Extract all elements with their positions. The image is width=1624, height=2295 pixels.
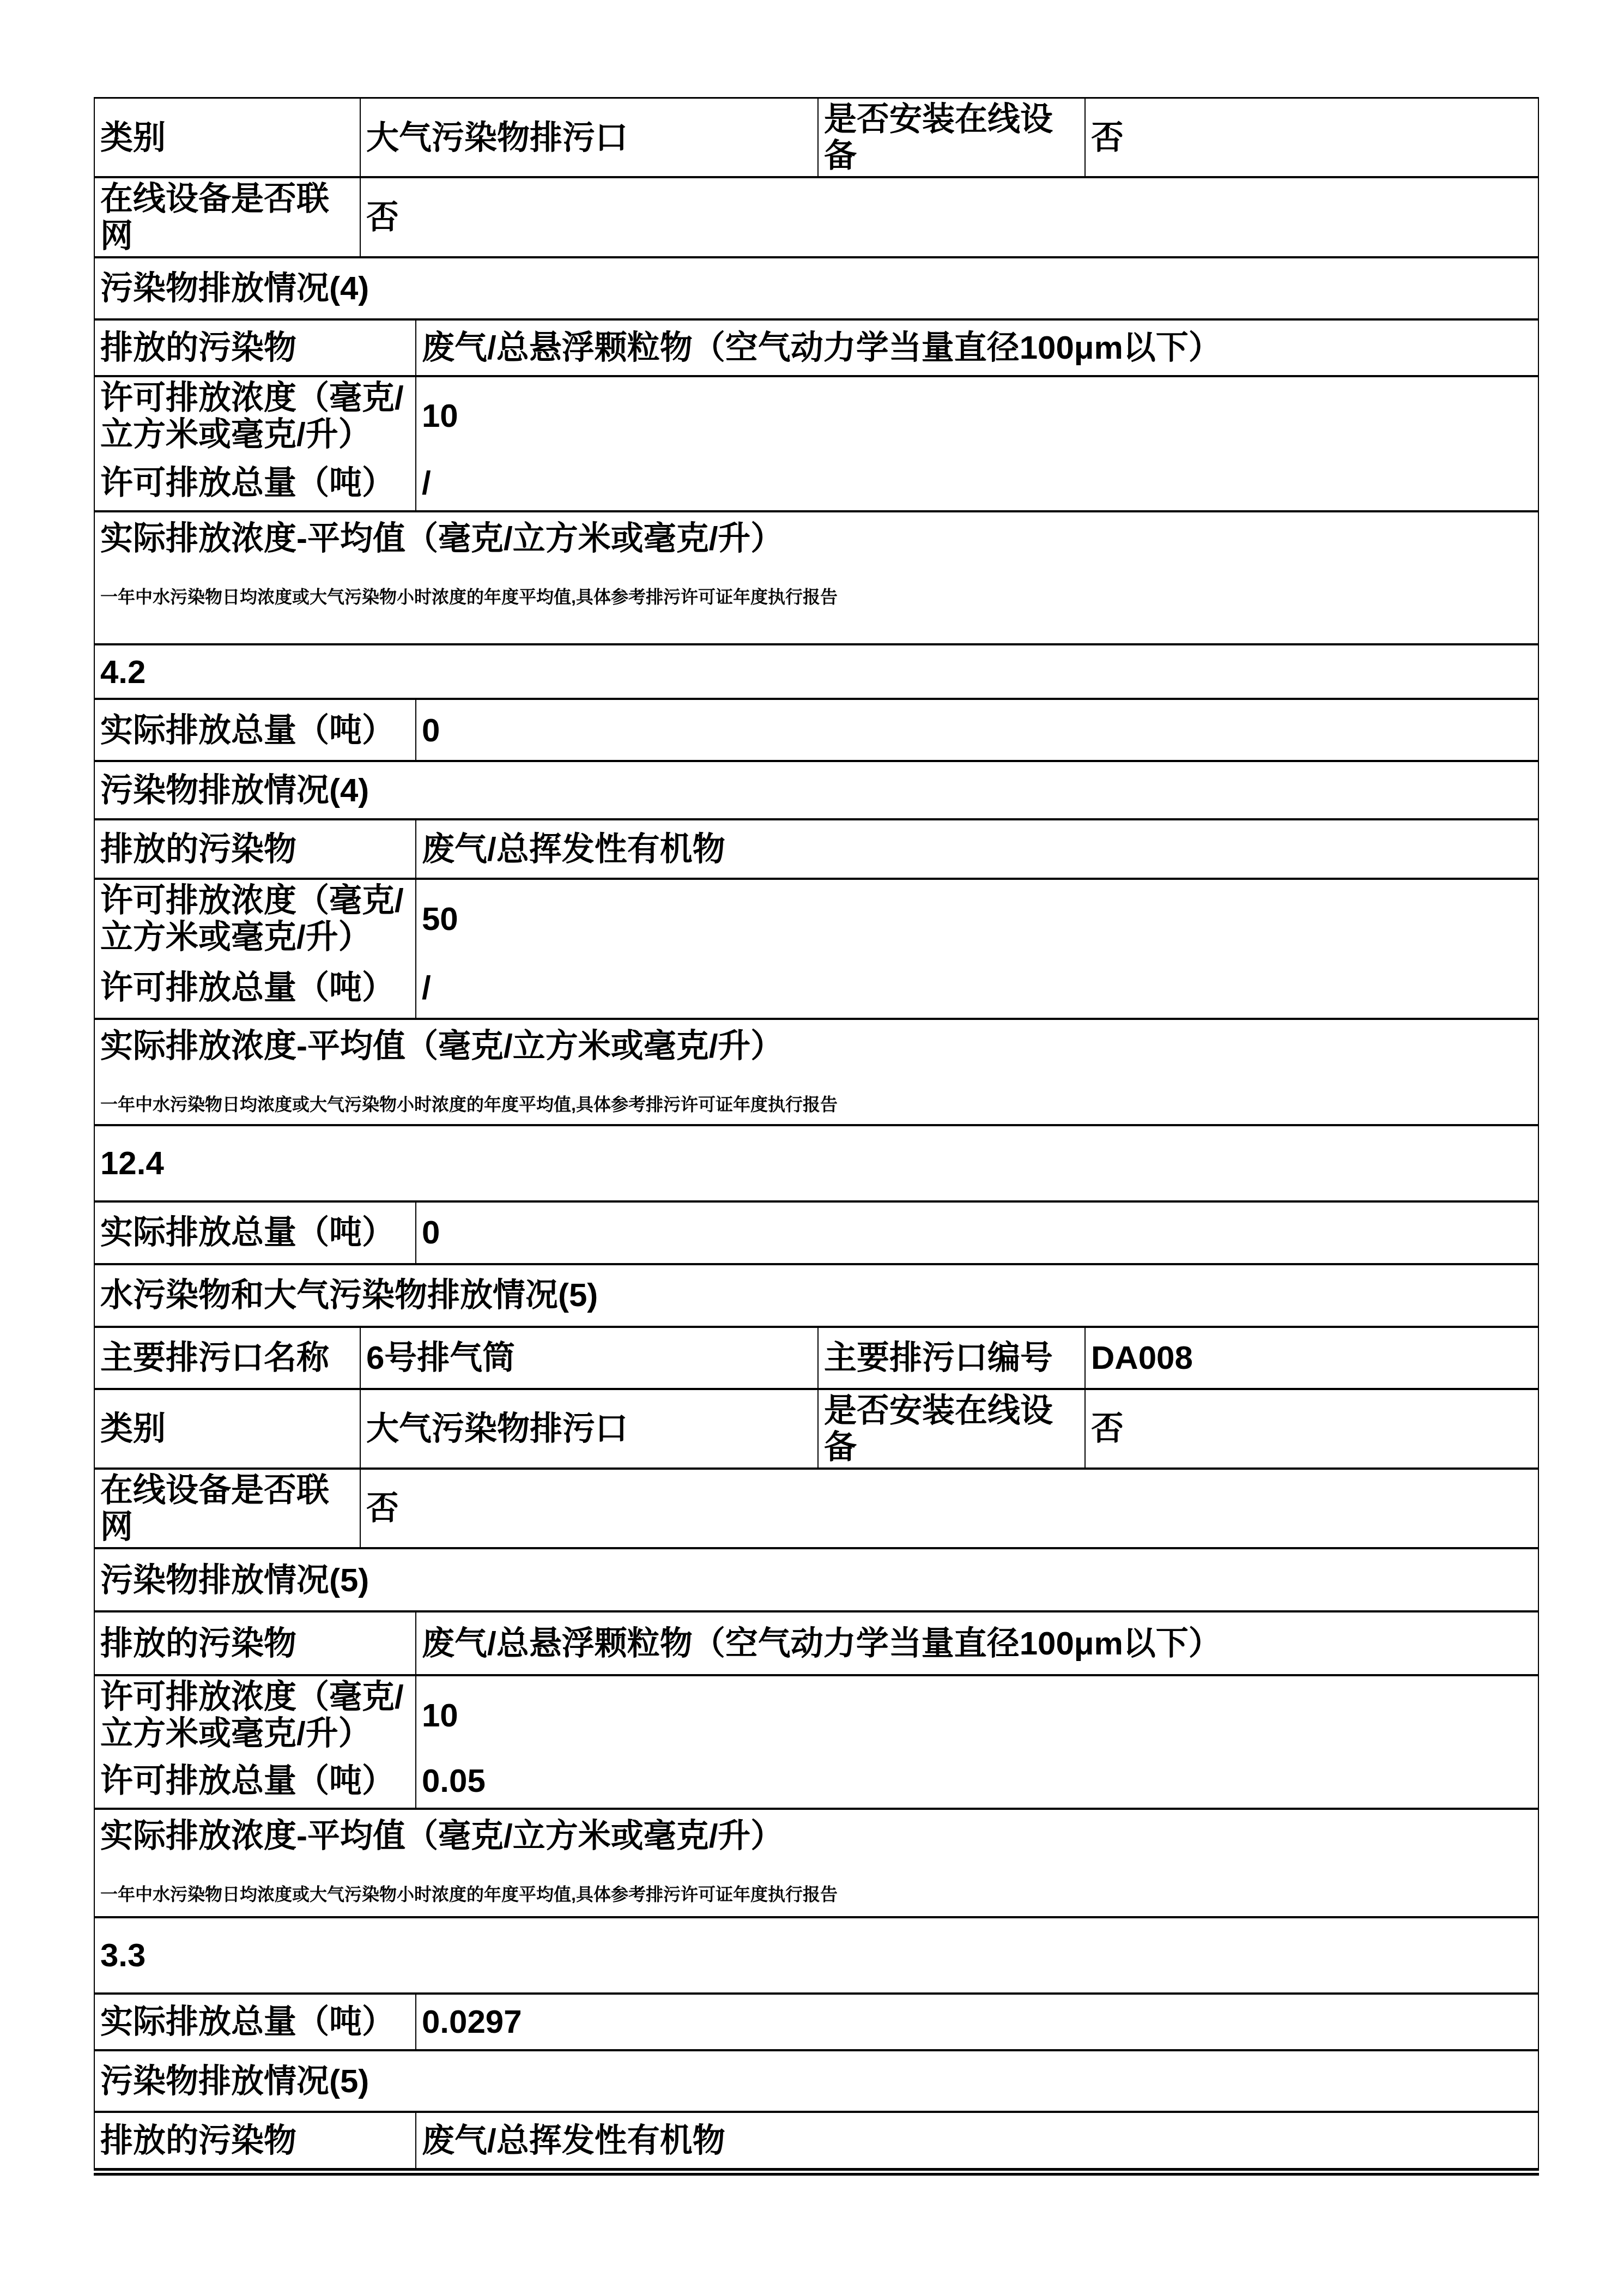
actual-concentration-label: 实际排放浓度-平均值（毫克/立方米或毫克/升） <box>100 1028 1532 1064</box>
value-cell: 12.4 <box>94 1125 1538 1201</box>
value-cell: 否 <box>360 1469 1538 1548</box>
label-cell: 是否安装在线设备 <box>818 98 1085 178</box>
label-cell: 排放的污染物 <box>94 319 416 376</box>
table-row: 4.2 <box>94 644 1538 699</box>
value-cell: / <box>416 455 1538 511</box>
table-row: 许可排放浓度（毫克/立方米或毫克/升） 10 <box>94 1675 1538 1754</box>
table-row: 污染物排放情况(5) <box>94 2050 1538 2112</box>
label-cell: 在线设备是否联网 <box>94 177 360 257</box>
label-cell: 排放的污染物 <box>94 819 416 879</box>
section-header-cell: 水污染物和大气污染物排放情况(5) <box>94 1264 1538 1327</box>
note-text: 一年中水污染物日均浓度或大气污染物小时浓度的年度平均值,具体参考排污许可证年度执… <box>100 1885 1532 1905</box>
value-cell: 0.05 <box>416 1754 1538 1809</box>
table-row: 实际排放总量（吨） 0 <box>94 699 1538 761</box>
label-cell: 主要排污口名称 <box>94 1327 360 1389</box>
table-row: 污染物排放情况(4) <box>94 761 1538 819</box>
value-cell: 3.3 <box>94 1917 1538 1994</box>
table-row: 3.3 <box>94 1917 1538 1994</box>
table-row: 类别 大气污染物排污口 是否安装在线设备 否 <box>94 1389 1538 1469</box>
table-row: 类别 大气污染物排污口 是否安装在线设备 否 <box>94 98 1538 178</box>
label-cell: 实际排放总量（吨） <box>94 699 416 761</box>
actual-concentration-label: 实际排放浓度-平均值（毫克/立方米或毫克/升） <box>100 520 1532 557</box>
value-cell: 0 <box>416 1201 1538 1264</box>
value-cell: 4.2 <box>94 644 1538 699</box>
label-cell: 实际排放总量（吨） <box>94 1201 416 1264</box>
value-cell: 否 <box>360 177 1538 257</box>
section-header-cell: 污染物排放情况(5) <box>94 1548 1538 1611</box>
value-cell: DA008 <box>1085 1327 1538 1389</box>
value-cell: 废气/总挥发性有机物 <box>416 2112 1538 2172</box>
table-row: 实际排放浓度-平均值（毫克/立方米或毫克/升） 一年中水污染物日均浓度或大气污染… <box>94 511 1538 644</box>
label-cell: 实际排放总量（吨） <box>94 1994 416 2050</box>
label-cell: 类别 <box>94 98 360 178</box>
table-row: 排放的污染物 废气/总悬浮颗粒物（空气动力学当量直径100μm以下） <box>94 319 1538 376</box>
page: 类别 大气污染物排污口 是否安装在线设备 否 在线设备是否联网 否 污染物排放情… <box>0 0 1624 2295</box>
table-row: 排放的污染物 废气/总挥发性有机物 <box>94 819 1538 879</box>
table-row: 许可排放浓度（毫克/立方米或毫克/升） 10 <box>94 376 1538 455</box>
table-row: 在线设备是否联网 否 <box>94 177 1538 257</box>
table-row: 实际排放浓度-平均值（毫克/立方米或毫克/升） 一年中水污染物日均浓度或大气污染… <box>94 1809 1538 1917</box>
value-cell: 废气/总悬浮颗粒物（空气动力学当量直径100μm以下） <box>416 319 1538 376</box>
table-row: 许可排放总量（吨） / <box>94 455 1538 511</box>
note-text: 一年中水污染物日均浓度或大气污染物小时浓度的年度平均值,具体参考排污许可证年度执… <box>100 587 1532 607</box>
table-row: 实际排放总量（吨） 0.0297 <box>94 1994 1538 2050</box>
table-row: 污染物排放情况(4) <box>94 257 1538 319</box>
table-row: 许可排放总量（吨） / <box>94 958 1538 1019</box>
label-cell: 排放的污染物 <box>94 1611 416 1675</box>
table-row: 许可排放浓度（毫克/立方米或毫克/升） 50 <box>94 879 1538 957</box>
value-cell: 0.0297 <box>416 1994 1538 2050</box>
note-text: 一年中水污染物日均浓度或大气污染物小时浓度的年度平均值,具体参考排污许可证年度执… <box>100 1095 1532 1115</box>
label-cell: 是否安装在线设备 <box>818 1389 1085 1469</box>
value-cell: 废气/总挥发性有机物 <box>416 819 1538 879</box>
label-cell: 许可排放总量（吨） <box>94 455 416 511</box>
table-row: 主要排污口名称 6号排气筒 主要排污口编号 DA008 <box>94 1327 1538 1389</box>
table-row: 排放的污染物 废气/总挥发性有机物 <box>94 2112 1538 2172</box>
label-cell: 许可排放浓度（毫克/立方米或毫克/升） <box>94 376 416 455</box>
label-cell: 许可排放浓度（毫克/立方米或毫克/升） <box>94 1675 416 1754</box>
section-header-cell: 污染物排放情况(4) <box>94 761 1538 819</box>
label-cell: 主要排污口编号 <box>818 1327 1085 1389</box>
table-row: 排放的污染物 废气/总悬浮颗粒物（空气动力学当量直径100μm以下） <box>94 1611 1538 1675</box>
value-cell: 10 <box>416 376 1538 455</box>
value-cell: 否 <box>1085 98 1538 178</box>
table-row: 12.4 <box>94 1125 1538 1201</box>
label-cell: 许可排放浓度（毫克/立方米或毫克/升） <box>94 879 416 957</box>
value-cell: 大气污染物排污口 <box>360 1389 818 1469</box>
table-row: 许可排放总量（吨） 0.05 <box>94 1754 1538 1809</box>
table-row: 水污染物和大气污染物排放情况(5) <box>94 1264 1538 1327</box>
label-cell: 排放的污染物 <box>94 2112 416 2172</box>
label-cell: 在线设备是否联网 <box>94 1469 360 1548</box>
value-cell: 大气污染物排污口 <box>360 98 818 178</box>
actual-concentration-label: 实际排放浓度-平均值（毫克/立方米或毫克/升） <box>100 1817 1532 1854</box>
pollutant-discharge-table: 类别 大气污染物排污口 是否安装在线设备 否 在线设备是否联网 否 污染物排放情… <box>94 97 1539 2176</box>
table-row: 实际排放浓度-平均值（毫克/立方米或毫克/升） 一年中水污染物日均浓度或大气污染… <box>94 1019 1538 1125</box>
label-cell: 许可排放总量（吨） <box>94 958 416 1019</box>
note-cell: 实际排放浓度-平均值（毫克/立方米或毫克/升） 一年中水污染物日均浓度或大气污染… <box>94 511 1538 644</box>
table-row: 污染物排放情况(5) <box>94 1548 1538 1611</box>
value-cell: 10 <box>416 1675 1538 1754</box>
label-cell: 类别 <box>94 1389 360 1469</box>
note-cell: 实际排放浓度-平均值（毫克/立方米或毫克/升） 一年中水污染物日均浓度或大气污染… <box>94 1809 1538 1917</box>
note-cell: 实际排放浓度-平均值（毫克/立方米或毫克/升） 一年中水污染物日均浓度或大气污染… <box>94 1019 1538 1125</box>
section-header-cell: 污染物排放情况(5) <box>94 2050 1538 2112</box>
section-header-cell: 污染物排放情况(4) <box>94 257 1538 319</box>
table-row: 实际排放总量（吨） 0 <box>94 1201 1538 1264</box>
table-row: 在线设备是否联网 否 <box>94 1469 1538 1548</box>
value-cell: / <box>416 958 1538 1019</box>
value-cell: 0 <box>416 699 1538 761</box>
value-cell: 50 <box>416 879 1538 957</box>
value-cell: 6号排气筒 <box>360 1327 818 1389</box>
value-cell: 废气/总悬浮颗粒物（空气动力学当量直径100μm以下） <box>416 1611 1538 1675</box>
label-cell: 许可排放总量（吨） <box>94 1754 416 1809</box>
value-cell: 否 <box>1085 1389 1538 1469</box>
